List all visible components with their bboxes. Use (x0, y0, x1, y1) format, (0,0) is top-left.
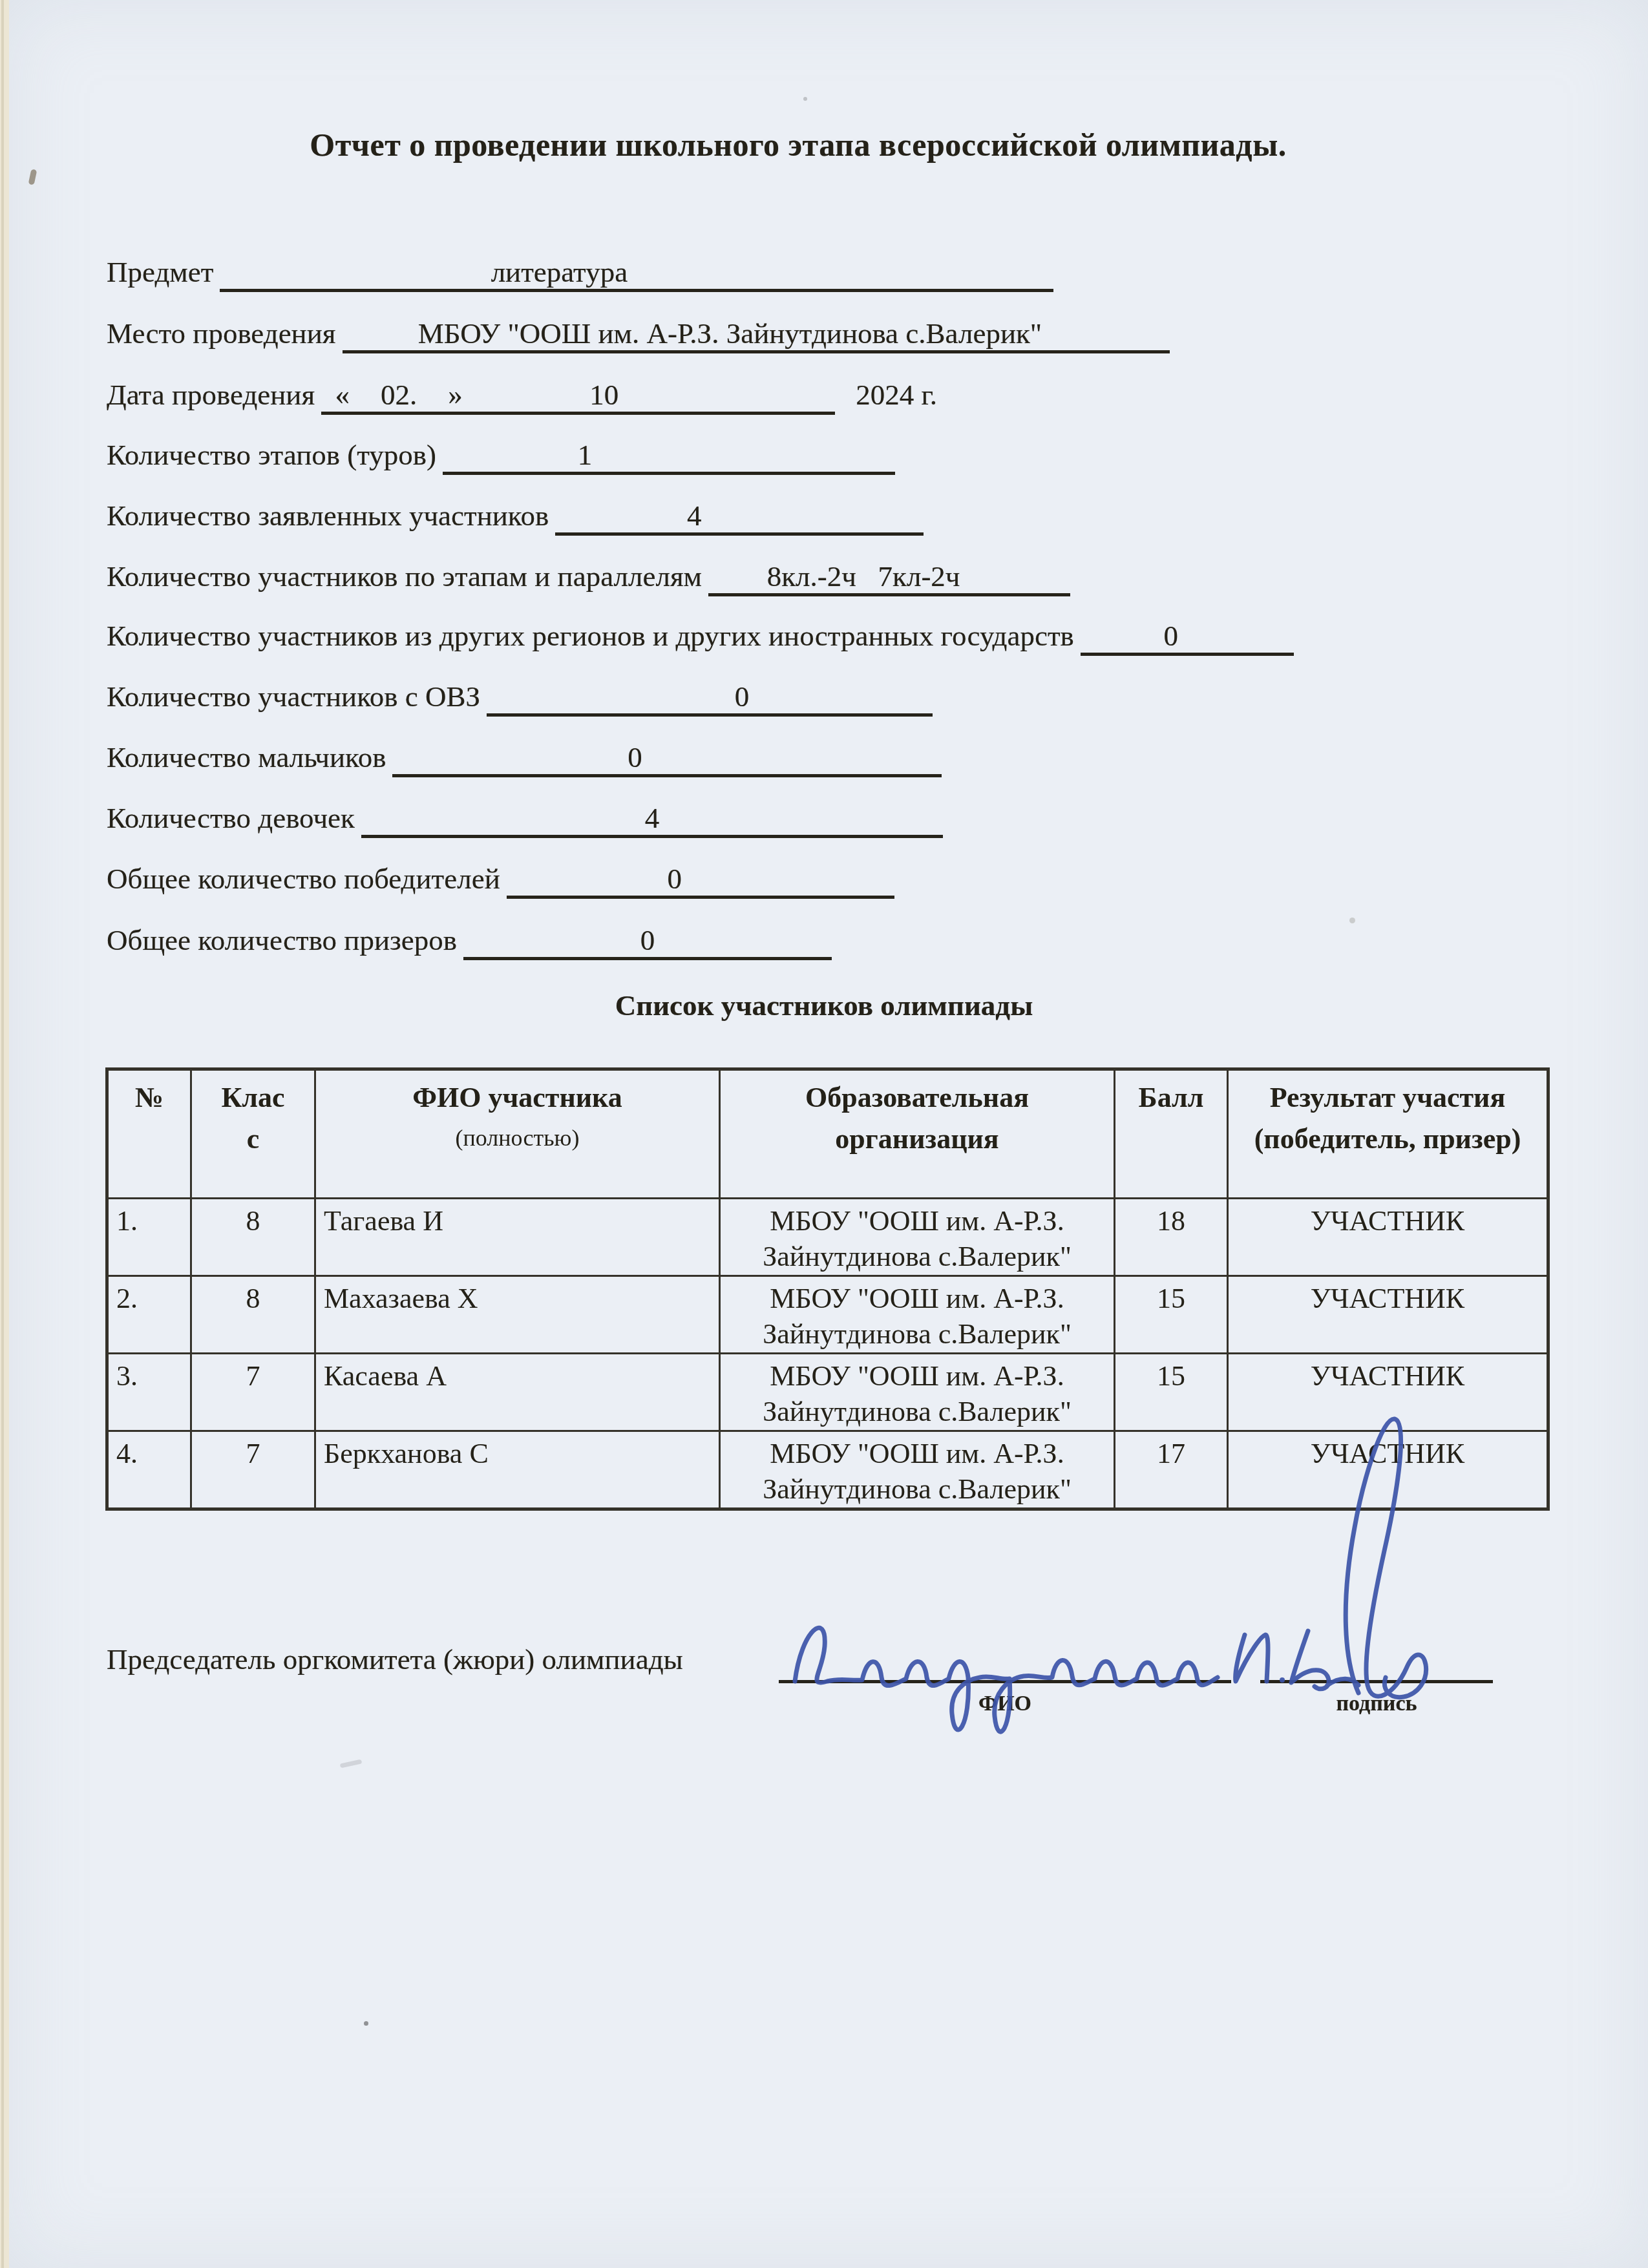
participants-table: № Класс ФИО участника (полностью) Образо… (105, 1067, 1550, 1511)
table-header-row: № Класс ФИО участника (полностью) Образо… (107, 1069, 1548, 1199)
stages-value: 1 (578, 439, 593, 471)
col-header-name: ФИО участника (полностью) (315, 1069, 720, 1199)
score-cell: 15 (1115, 1353, 1228, 1431)
result-cell: УЧАСТНИК (1228, 1353, 1548, 1431)
form-line-parallels: Количество участников по этапам и паралл… (107, 560, 1070, 596)
col-header-number: № (107, 1069, 191, 1199)
date-label: Дата проведения (107, 379, 315, 411)
col-header-result: Результат участия (победитель, призер) (1228, 1069, 1548, 1199)
col-header-org: Образовательная организация (720, 1069, 1115, 1199)
sign-caption: подпись (1260, 1692, 1493, 1716)
name-cell: Тагаева И (315, 1199, 720, 1276)
venue-label: Место проведения (107, 317, 336, 350)
chairman-label: Председатель оргкомитета (жюри) олимпиад… (107, 1643, 683, 1676)
parallels-value: 8кл.-2ч 7кл-2ч (767, 560, 960, 593)
row-number-cell: 3. (107, 1353, 191, 1431)
boys-value: 0 (628, 741, 642, 773)
boys-underline: 0 (392, 740, 942, 777)
score-cell: 15 (1115, 1276, 1228, 1353)
close-quote: » (448, 379, 463, 411)
form-line-ovz: Количество участников с ОВЗ0 (107, 680, 933, 717)
score-cell: 17 (1115, 1431, 1228, 1509)
open-quote: « (335, 379, 350, 411)
subject-value: литература (491, 256, 628, 288)
score-cell: 18 (1115, 1199, 1228, 1276)
form-line-winners: Общее количество победителей0 (107, 862, 894, 899)
name-cell: Касаева А (315, 1353, 720, 1431)
result-cell: УЧАСТНИК (1228, 1199, 1548, 1276)
name-cell: Беркханова С (315, 1431, 720, 1509)
scan-speck (1349, 918, 1355, 923)
prize-winners-label: Общее количество призеров (107, 924, 457, 956)
org-cell: МБОУ "ООШ им. А-Р.З. Зайнутдинова с.Вале… (720, 1199, 1115, 1276)
scan-speck (364, 2021, 368, 2026)
subject-underline: литература (220, 255, 1053, 292)
grade-cell: 7 (191, 1431, 315, 1509)
winners-value: 0 (667, 863, 682, 895)
page-title: Отчет о проведении школьного этапа всеро… (0, 126, 1596, 163)
row-number-cell: 1. (107, 1199, 191, 1276)
fio-caption: ФИО (779, 1692, 1231, 1716)
form-line-declared: Количество заявленных участников4 (107, 499, 924, 536)
col-header-name-subtitle: (полностью) (321, 1121, 713, 1155)
form-line-venue: Место проведенияМБОУ "ООШ им. А-Р.З. Зай… (107, 317, 1170, 353)
winners-underline: 0 (507, 862, 894, 899)
ovz-underline: 0 (487, 680, 933, 717)
prize-winners-value: 0 (640, 924, 655, 956)
grade-cell: 7 (191, 1353, 315, 1431)
table-row: 2. 8 Махазаева Х МБОУ "ООШ им. А-Р.З. За… (107, 1276, 1548, 1353)
date-day-underline: «02.» (321, 378, 567, 415)
boys-label: Количество мальчиков (107, 741, 386, 773)
form-line-boys: Количество мальчиков0 (107, 740, 942, 777)
winners-label: Общее количество победителей (107, 863, 500, 895)
form-line-stages: Количество этапов (туров)1 (107, 438, 895, 475)
org-cell: МБОУ "ООШ им. А-Р.З. Зайнутдинова с.Вале… (720, 1276, 1115, 1353)
participants-table-title: Список участников олимпиады (0, 989, 1648, 1022)
org-cell: МБОУ "ООШ им. А-Р.З. Зайнутдинова с.Вале… (720, 1431, 1115, 1509)
stages-underline: 1 (443, 438, 895, 475)
form-line-other-regions: Количество участников из других регионов… (107, 619, 1294, 656)
table-row: 4. 7 Беркханова С МБОУ "ООШ им. А-Р.З. З… (107, 1431, 1548, 1509)
grade-cell: 8 (191, 1276, 315, 1353)
ovz-value: 0 (735, 680, 750, 713)
scan-speck (803, 97, 807, 101)
girls-label: Количество девочек (107, 802, 355, 834)
parallels-label: Количество участников по этапам и паралл… (107, 560, 702, 593)
stages-label: Количество этапов (туров) (107, 439, 436, 471)
declared-underline: 4 (555, 499, 924, 536)
table-row: 1. 8 Тагаева И МБОУ "ООШ им. А-Р.З. Зайн… (107, 1199, 1548, 1276)
form-line-prize-winners: Общее количество призеров0 (107, 923, 832, 960)
org-cell: МБОУ "ООШ им. А-Р.З. Зайнутдинова с.Вале… (720, 1353, 1115, 1431)
other-regions-underline: 0 (1081, 619, 1294, 656)
grade-cell: 8 (191, 1199, 315, 1276)
col-header-score: Балл (1115, 1069, 1228, 1199)
girls-underline: 4 (361, 801, 943, 838)
subject-label: Предмет (107, 256, 213, 288)
venue-underline: МБОУ "ООШ им. А-Р.З. Зайнутдинова с.Вале… (343, 317, 1170, 353)
declared-label: Количество заявленных участников (107, 499, 549, 532)
form-line-girls: Количество девочек4 (107, 801, 943, 838)
venue-value: МБОУ "ООШ им. А-Р.З. Зайнутдинова с.Вале… (418, 317, 1042, 350)
date-month-underline: 10 (567, 378, 835, 415)
name-cell: Махазаева Х (315, 1276, 720, 1353)
date-year: 2024 г. (856, 379, 937, 411)
other-regions-label: Количество участников из других регионов… (107, 620, 1074, 652)
girls-value: 4 (645, 802, 660, 834)
parallels-underline: 8кл.-2ч 7кл-2ч (708, 560, 1070, 596)
date-month-value: 10 (589, 379, 618, 411)
form-line-subject: Предметлитература (107, 255, 1053, 292)
result-cell: УЧАСТНИК (1228, 1431, 1548, 1509)
row-number-cell: 2. (107, 1276, 191, 1353)
table-row: 3. 7 Касаева А МБОУ "ООШ им. А-Р.З. Зайн… (107, 1353, 1548, 1431)
scanned-report-page: { "colors": { "ink": "#242118", "signatu… (0, 0, 1648, 2268)
scanner-edge (1, 0, 4, 2268)
fio-signature-line (779, 1680, 1231, 1683)
autograph-signature-line (1260, 1680, 1493, 1683)
row-number-cell: 4. (107, 1431, 191, 1509)
result-cell: УЧАСТНИК (1228, 1276, 1548, 1353)
col-header-grade: Класс (191, 1069, 315, 1199)
form-line-date: Дата проведения«02.»102024 г. (107, 378, 937, 415)
ovz-label: Количество участников с ОВЗ (107, 680, 480, 713)
prize-winners-underline: 0 (463, 923, 832, 960)
other-regions-value: 0 (1164, 620, 1179, 652)
date-day-value: 02. (381, 379, 417, 411)
declared-value: 4 (687, 499, 702, 532)
date-day-group: «02.» (335, 379, 463, 411)
